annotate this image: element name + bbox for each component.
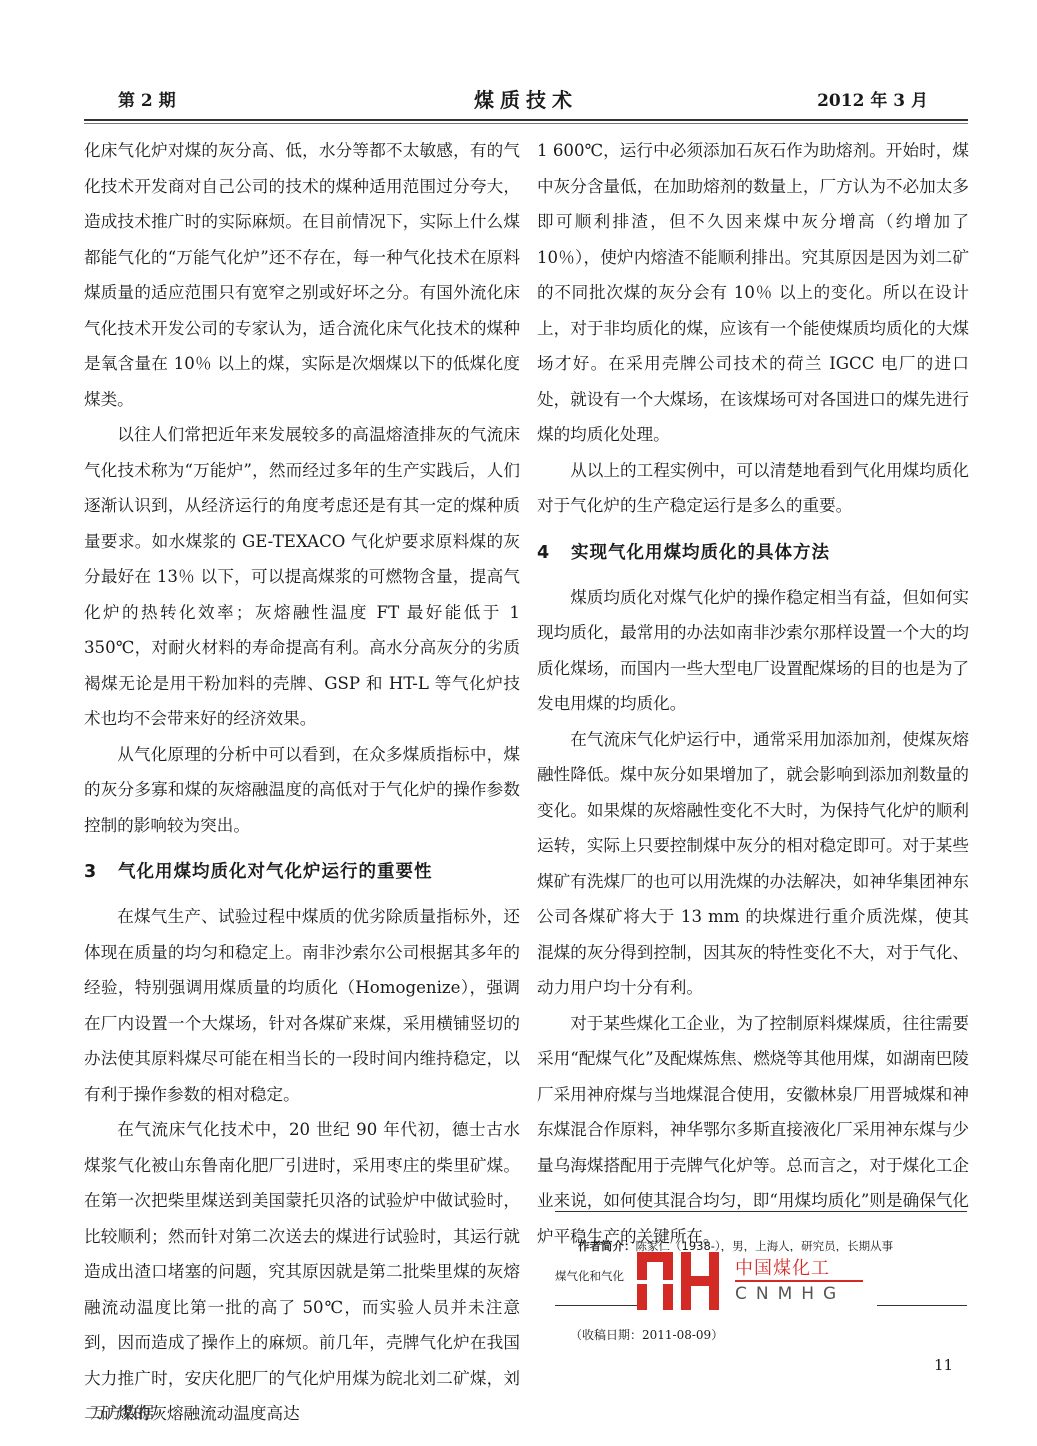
right-column: 1 600℃，运行中必须添加石灰石作为助熔剂。开始时，煤中灰分含量低，在加助熔剂… xyxy=(537,133,969,1254)
paragraph: 在煤气生产、试验过程中煤质的优劣除质量指标外，还体现在质量的均匀和稳定上。南非沙… xyxy=(84,899,520,1112)
section-title: 气化用煤均质化对气化炉运行的重要性 xyxy=(118,862,433,882)
section-heading-3: 3气化用煤均质化对气化炉运行的重要性 xyxy=(84,855,520,889)
author-bio-label: 作者简介： xyxy=(578,1239,636,1253)
paragraph: 从气化原理的分析中可以看到，在众多煤质指标中，煤的灰分多寡和煤的灰熔融温度的高低… xyxy=(84,737,520,844)
source-watermark: 万方数据 xyxy=(90,1400,154,1423)
section-number: 4 xyxy=(537,536,571,570)
logo-divider xyxy=(735,1280,863,1282)
footnote-rule-top xyxy=(555,1211,967,1212)
author-bio-line1: 陈家仁（1938-），男，上海人，研究员，长期从事 xyxy=(636,1239,894,1253)
watermark-logo: 中国煤化工 CNMHG xyxy=(637,1252,877,1310)
section-heading-4: 4实现气化用煤均质化的具体方法 xyxy=(537,536,969,570)
section-number: 3 xyxy=(84,855,118,889)
paragraph: 化床气化炉对煤的灰分高、低，水分等都不太敏感，有的气化技术开发商对自己公司的技术… xyxy=(84,133,520,417)
paragraph: 在气流床气化技术中，20 世纪 90 年代初，德士古水煤浆气化被山东鲁南化肥厂引… xyxy=(84,1112,520,1432)
header-rule xyxy=(84,119,968,121)
paragraph: 煤质均质化对煤气化炉的操作稳定相当有益，但如何实现均质化，最常用的办法如南非沙索… xyxy=(537,580,969,722)
paragraph: 在气流床气化炉运行中，通常采用加添加剂，使煤灰熔融性降低。煤中灰分如果增加了，就… xyxy=(537,722,969,1006)
paragraph: 从以上的工程实例中，可以清楚地看到气化用煤均质化对于气化炉的生产稳定运行是多么的… xyxy=(537,453,969,524)
cnmhg-logo-icon xyxy=(637,1252,719,1310)
paragraph: 1 600℃，运行中必须添加石灰石作为助熔剂。开始时，煤中灰分含量低，在加助熔剂… xyxy=(537,133,969,453)
section-title: 实现气化用煤均质化的具体方法 xyxy=(571,543,830,563)
logo-english-name: CNMHG xyxy=(735,1284,845,1304)
left-column: 化床气化炉对煤的灰分高、低，水分等都不太敏感，有的气化技术开发商对自己公司的技术… xyxy=(84,133,520,1432)
issue-date: 2012 年 3 月 xyxy=(817,86,928,111)
page-number: 11 xyxy=(934,1356,953,1374)
received-date: （收稿日期：2011-08-09） xyxy=(570,1326,723,1343)
page-header: 第 2 期 煤质技术 2012 年 3 月 xyxy=(84,86,968,116)
header-rule-thin xyxy=(84,123,968,124)
paragraph: 以往人们常把近年来发展较多的高温熔渣排灰的气流床气化技术称为“万能炉”，然而经过… xyxy=(84,417,520,737)
paragraph: 对于某些煤化工企业，为了控制原料煤煤质，往往需要采用“配煤气化”及配煤炼焦、燃烧… xyxy=(537,1006,969,1255)
author-bio-line2: 煤气化和气化 xyxy=(555,1269,624,1283)
logo-chinese-name: 中国煤化工 xyxy=(735,1254,830,1280)
